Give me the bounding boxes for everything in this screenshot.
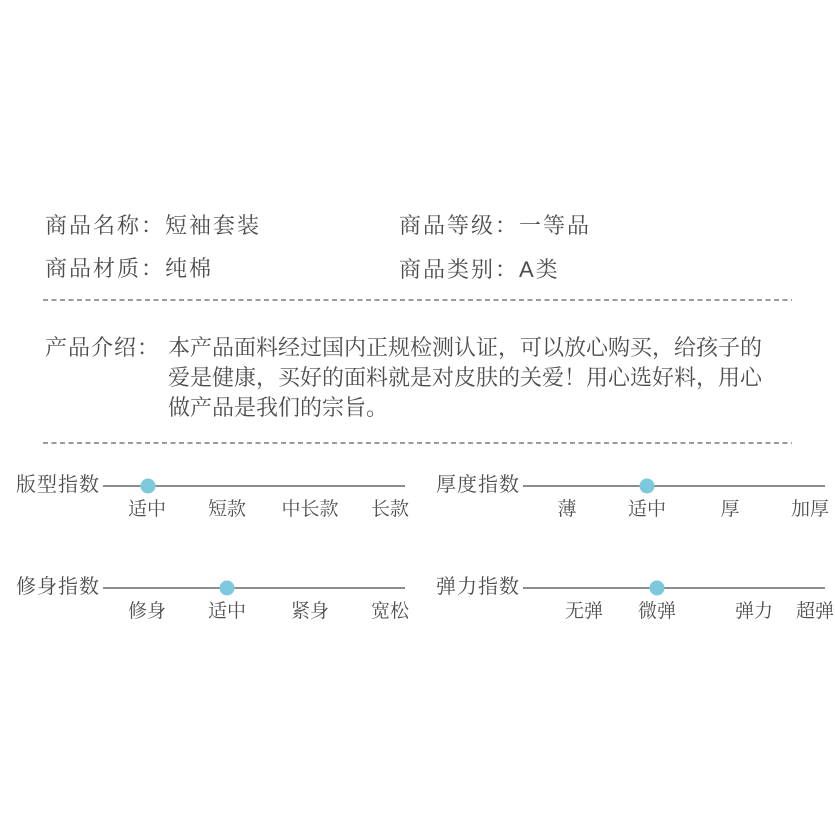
index-label: 弹力指数 [436, 576, 520, 598]
intro-label: 产品介绍： [45, 333, 168, 363]
option-label: 薄 [557, 498, 576, 522]
product-grade-field: 商品等级：一等品 [399, 213, 591, 239]
product-category-field: 商品类别：A类 [399, 257, 560, 283]
option-label: 微弹 [638, 600, 676, 624]
intro-text: 本产品面料经过国内正规检测认证，可以放心购买，给孩子的爱是健康，买好的面料就是对… [168, 333, 768, 423]
slider-track [103, 587, 405, 589]
dashed-divider-bottom [43, 442, 792, 444]
product-detail-panel: 商品名称：短袖套装 商品等级：一等品 商品材质：纯棉 商品类别：A类 产品介绍：… [0, 0, 835, 835]
product-intro-section: 产品介绍： 本产品面料经过国内正规检测认证，可以放心购买，给孩子的爱是健康，买好… [45, 333, 775, 423]
slider-dot [640, 479, 655, 494]
slider-track [523, 587, 825, 589]
option-label: 加厚 [791, 498, 829, 522]
option-label: 长款 [371, 498, 409, 522]
index-group-thickness: 厚度指数 薄 适中 厚 加厚 [420, 470, 835, 555]
option-label: 厚 [720, 498, 739, 522]
option-label: 修身 [128, 600, 166, 624]
index-label: 版型指数 [16, 474, 100, 496]
slider-dot [650, 581, 665, 596]
option-label: 适中 [208, 600, 246, 624]
dashed-divider-top [43, 299, 792, 301]
slider-dot [220, 581, 235, 596]
product-material-field: 商品材质：纯棉 [45, 256, 213, 282]
option-label: 紧身 [291, 600, 329, 624]
index-group-fit: 版型指数 适中 短款 中长款 长款 [0, 470, 415, 555]
option-label: 无弹 [565, 600, 603, 624]
slider-dot [141, 479, 156, 494]
option-label: 中长款 [281, 498, 338, 522]
option-label: 宽松 [371, 600, 409, 624]
index-group-slim-fit: 修身指数 修身 适中 紧身 宽松 [0, 572, 415, 657]
index-label: 厚度指数 [436, 474, 520, 496]
option-label: 弹力 [735, 600, 773, 624]
index-label: 修身指数 [16, 576, 100, 598]
option-label: 适中 [628, 498, 666, 522]
product-name-field: 商品名称：短袖套装 [45, 213, 261, 239]
option-label: 适中 [128, 498, 166, 522]
option-label: 超弹 [796, 600, 834, 624]
index-group-elasticity: 弹力指数 无弹 微弹 弹力 超弹 [420, 572, 835, 657]
slider-track [523, 485, 825, 487]
option-label: 短款 [208, 498, 246, 522]
